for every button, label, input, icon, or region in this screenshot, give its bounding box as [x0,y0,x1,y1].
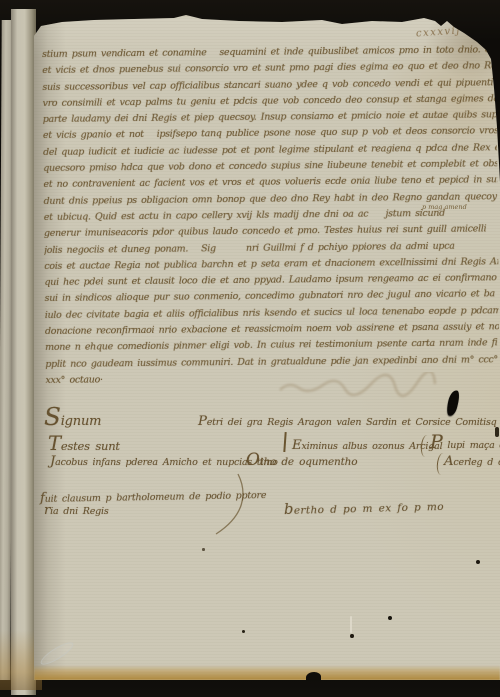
witness-name: P lupi maça d Egua [430,436,500,452]
edge-mark [495,427,499,437]
manuscript-page: cxxxvij stium psum vendicam et conamine … [34,12,500,680]
scribe-closing-note: ria dni Regis [44,504,109,518]
manuscript-scan: cxxxvij stium psum vendicam et conamine … [0,0,500,697]
pen-flourish [206,470,256,540]
witness-name: Acerleg d caporga [444,455,500,469]
ink-blot [445,389,461,417]
signum-label: Signum [44,410,101,428]
scratch-mark [350,616,352,633]
bottom-edge-stain [34,665,500,680]
witness-name: Otho de oqumentho [246,453,357,469]
witness-name: Eximinus albus ozonus Arcigal [292,439,442,453]
registration-note: bertho d po m ex fo p mo [284,499,444,518]
royal-signum-text: Petri dei gra Regis Aragon valen Sardin … [198,415,498,429]
scratch-mark [38,639,76,668]
book-fore-edge-inner [11,9,36,695]
witness-name: Jacobus infans pderea Amicho et nupcias … [50,455,278,469]
wormhole-speck [388,616,392,620]
wormhole-speck [350,634,354,638]
testes-label: Testes sunt [48,437,120,453]
wormhole-speck [476,560,480,564]
wormhole-speck [477,39,480,42]
bottom-edge-tear [306,672,321,682]
column-divider-stroke [283,432,286,452]
folio-number: cxxxvij [416,25,462,40]
main-text-block: stium psum vendicam et conamine sequamin… [42,42,500,389]
interline-note: p mag amend [422,203,467,211]
ink-bleedthrough-mark [274,372,444,402]
wormhole-speck [202,548,205,551]
wormhole-speck [242,630,245,633]
